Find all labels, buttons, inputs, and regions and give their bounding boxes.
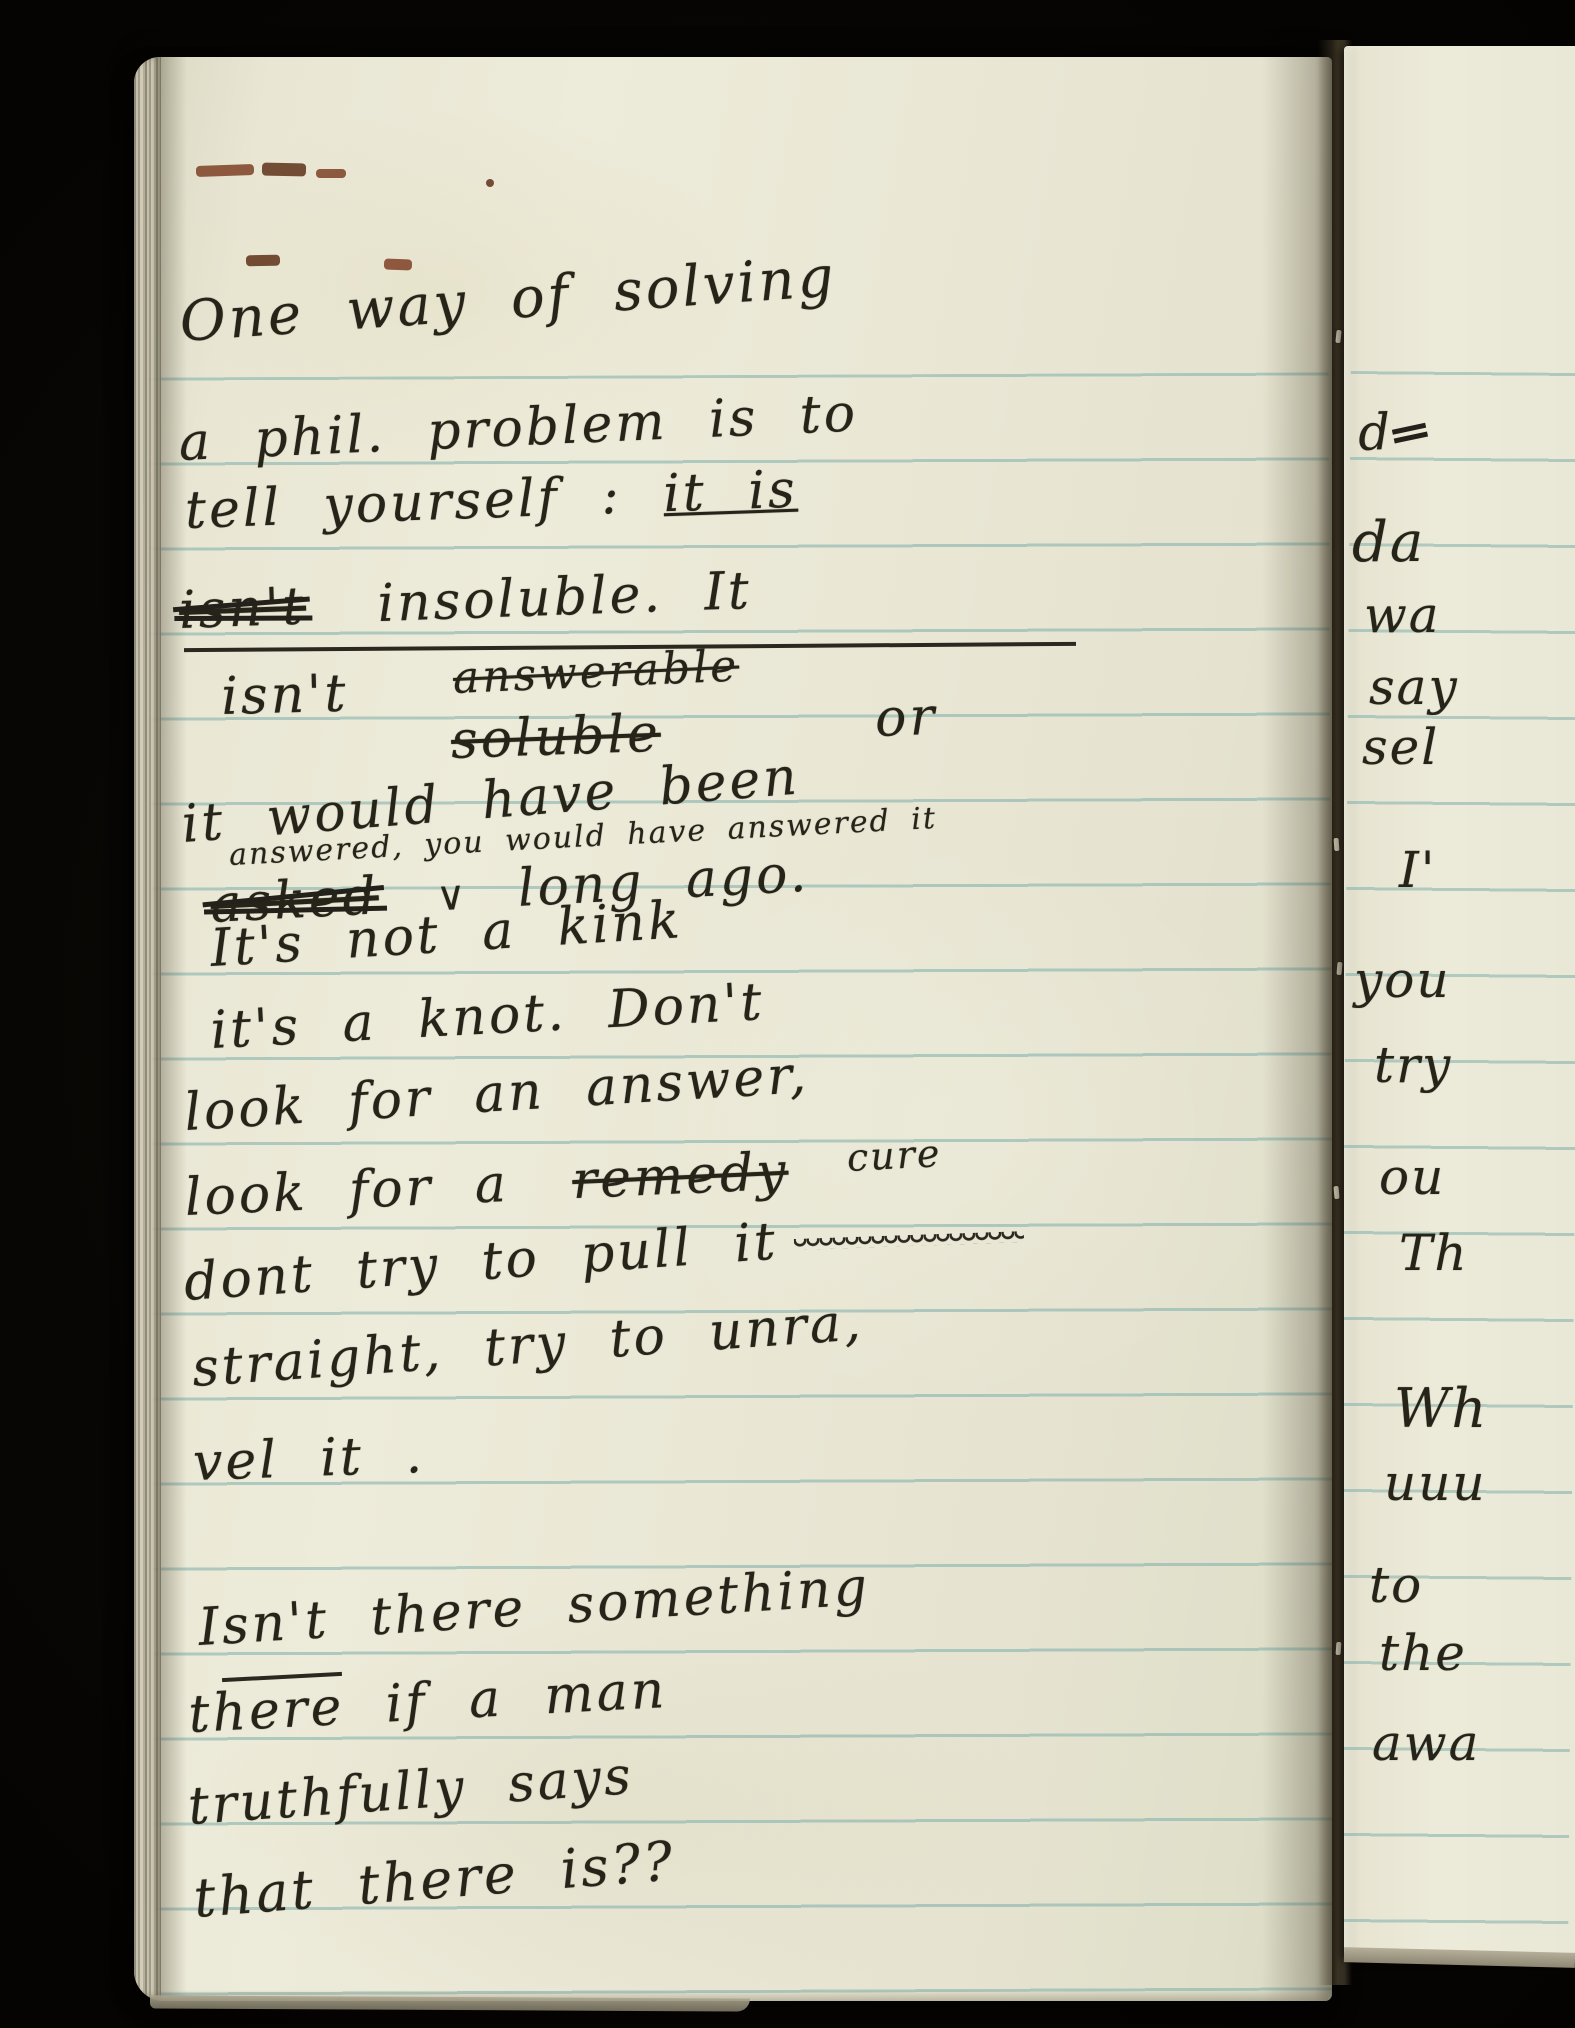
handwriting-line: straight, try to unra, xyxy=(190,1296,865,1395)
handwriting-fragment: you xyxy=(1354,955,1451,1005)
handwriting-fragment: wa xyxy=(1364,590,1441,640)
inserted-word: cure xyxy=(846,1134,942,1177)
handwriting-fragment: sel xyxy=(1362,722,1439,772)
handwriting-line: or xyxy=(874,691,938,745)
handwriting-line: look for a remedy xyxy=(184,1146,790,1224)
handwriting-line: a phil. problem is to xyxy=(178,387,859,469)
stitch-mark xyxy=(1336,1642,1342,1655)
stitch-mark xyxy=(1333,1186,1339,1199)
handwriting-fragment: say xyxy=(1369,662,1459,712)
handwriting-line: Isn't there something xyxy=(197,1561,872,1654)
strikethrough-word: remedy xyxy=(571,1142,790,1211)
left-page: One way of solving a phil. problem is to… xyxy=(134,57,1332,2001)
handwriting-line: isn't insoluble. It xyxy=(178,565,752,637)
handwriting-line: tell yourself : it is xyxy=(184,464,798,537)
handwriting-line: look for an answer, xyxy=(183,1049,810,1139)
handwriting-line: dont try to pull it xyxy=(182,1216,779,1309)
handwriting-fragment: the xyxy=(1379,1628,1467,1678)
handwriting-fragment: ou xyxy=(1379,1152,1445,1202)
line-text: tell yourself : xyxy=(184,466,623,541)
handwriting-fragment: da xyxy=(1352,515,1425,571)
handwriting-fragment: d xyxy=(1357,407,1393,458)
handwriting-line: it's a knot. Don't xyxy=(209,976,765,1057)
handwriting-fragment: to xyxy=(1369,1560,1423,1610)
handwriting-fragment: Wh xyxy=(1394,1382,1488,1436)
handwriting-fragment: awa xyxy=(1372,1718,1480,1768)
strikethrough-word: soluble xyxy=(450,708,661,767)
stitch-mark xyxy=(1334,838,1340,851)
handwriting-fragment: Th xyxy=(1399,1228,1469,1278)
handwriting-line: that there is?? xyxy=(192,1834,678,1926)
handwriting-fragment: try xyxy=(1374,1040,1452,1090)
strikethrough-word: answerable xyxy=(452,645,740,701)
page-stack-edge xyxy=(150,1995,750,2011)
line-text: look for a xyxy=(184,1154,511,1228)
notebook-scan: One way of solving a phil. problem is to… xyxy=(0,0,1575,2028)
handwriting-line: isn't xyxy=(221,668,349,723)
strikethrough-word: isn't xyxy=(178,577,307,641)
handwriting-line: truthfully says xyxy=(186,1750,635,1833)
handwriting-fragment: I' xyxy=(1399,845,1437,895)
wavy-strike xyxy=(794,1231,1024,1250)
handwriting-line: One way of solving xyxy=(178,249,838,351)
right-page: d da wa say sel I' you try ou Th Wh uuu … xyxy=(1344,46,1575,1958)
line-text: insoluble. It xyxy=(376,561,752,634)
handwriting-line: vel it . xyxy=(192,1429,426,1489)
handwriting-fragment: uuu xyxy=(1384,1458,1487,1508)
handwriting-layer: d da wa say sel I' you try ou Th Wh uuu … xyxy=(1344,46,1575,1958)
underlined-phrase: it is xyxy=(662,460,798,525)
handwriting-layer: One way of solving a phil. problem is to… xyxy=(134,57,1332,2001)
